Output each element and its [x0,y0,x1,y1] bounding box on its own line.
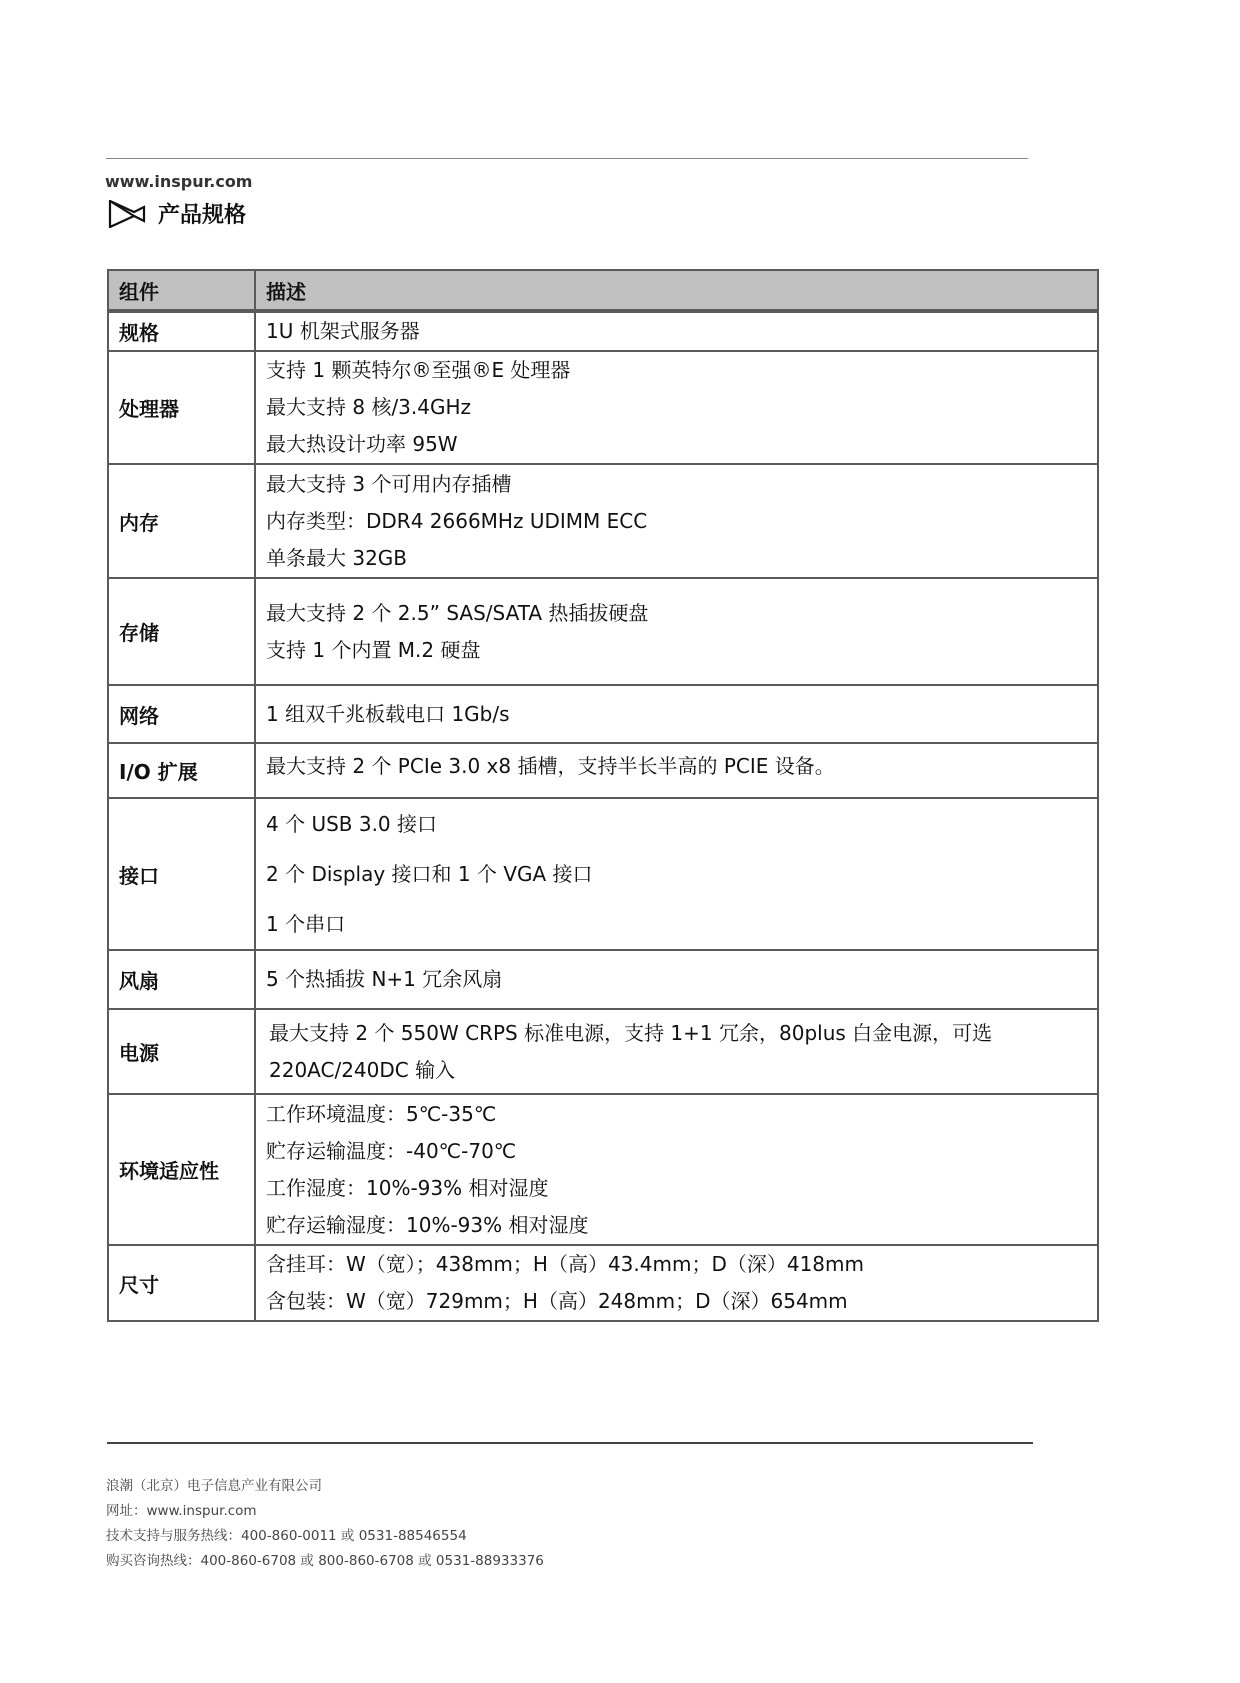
description-line: 4 个 USB 3.0 接口 [266,799,1097,849]
table-row: 存储 最大支持 2 个 2.5” SAS/SATA 热插拔硬盘 支持 1 个内置… [108,578,1098,685]
component-name: 电源 [108,1009,255,1094]
table-row: I/O 扩展 最大支持 2 个 PCIe 3.0 x8 插槽，支持半长半高的 P… [108,743,1098,798]
description-line: 工作湿度：10%-93% 相对湿度 [266,1170,1097,1207]
table-row: 网络 1 组双千兆板载电口 1Gb/s [108,685,1098,743]
description-line: 最大支持 2 个 PCIe 3.0 x8 插槽，支持半长半高的 PCIE 设备。 [266,748,1097,785]
component-description: 最大支持 2 个 PCIe 3.0 x8 插槽，支持半长半高的 PCIE 设备。 [255,743,1098,798]
footer-support-hotline: 技术支持与服务热线：400-860-0011 或 0531-88546554 [106,1524,544,1549]
table-row: 规格 1U 机架式服务器 [108,311,1098,351]
component-name: I/O 扩展 [108,743,255,798]
description-line: 含挂耳：W（宽）；438mm；H（高）43.4mm；D（深）418mm [266,1246,1097,1283]
component-description: 1 组双千兆板载电口 1Gb/s [255,685,1098,743]
description-line: 1U 机架式服务器 [266,313,1097,350]
description-line: 工作环境温度：5℃-35℃ [266,1096,1097,1133]
description-line: 1 个串口 [266,899,1097,949]
component-name: 风扇 [108,950,255,1009]
component-description: 最大支持 3 个可用内存插槽 内存类型：DDR4 2666MHz UDIMM E… [255,464,1098,578]
column-header-component: 组件 [108,270,255,311]
component-name: 存储 [108,578,255,685]
component-description: 最大支持 2 个 2.5” SAS/SATA 热插拔硬盘 支持 1 个内置 M.… [255,578,1098,685]
footer-divider [107,1442,1033,1444]
description-line: 含包装：W（宽）729mm；H（高）248mm；D（深）654mm [266,1283,1097,1320]
description-line: 最大支持 3 个可用内存插槽 [266,466,1097,503]
description-line: 贮存运输湿度：10%-93% 相对湿度 [266,1207,1097,1244]
table-header-row: 组件 描述 [108,270,1098,311]
component-description: 最大支持 2 个 550W CRPS 标准电源，支持 1+1 冗余，80plus… [255,1009,1098,1094]
component-name: 规格 [108,311,255,351]
inspur-bowtie-logo-icon [108,200,148,228]
component-description: 5 个热插拔 N+1 冗余风扇 [255,950,1098,1009]
description-line: 支持 1 个内置 M.2 硬盘 [266,632,1097,669]
description-line: 2 个 Display 接口和 1 个 VGA 接口 [266,849,1097,899]
description-line: 单条最大 32GB [266,540,1097,577]
spec-table: 组件 描述 规格 1U 机架式服务器 处理器 支持 1 颗英特尔®至强®E 处理… [107,269,1099,1322]
table-row: 内存 最大支持 3 个可用内存插槽 内存类型：DDR4 2666MHz UDIM… [108,464,1098,578]
description-line: 最大热设计功率 95W [266,426,1097,463]
section-header: 产品规格 [108,198,246,229]
section-title: 产品规格 [158,198,246,229]
top-divider [106,158,1028,159]
component-description: 支持 1 颗英特尔®至强®E 处理器 最大支持 8 核/3.4GHz 最大热设计… [255,351,1098,464]
component-name: 尺寸 [108,1245,255,1321]
footer-website: 网址：www.inspur.com [106,1499,544,1524]
component-name: 接口 [108,798,255,950]
footer-company: 浪潮（北京）电子信息产业有限公司 [106,1474,544,1499]
component-name: 环境适应性 [108,1094,255,1245]
component-name: 处理器 [108,351,255,464]
component-description: 含挂耳：W（宽）；438mm；H（高）43.4mm；D（深）418mm 含包装：… [255,1245,1098,1321]
description-line: 贮存运输温度：-40℃-70℃ [266,1133,1097,1170]
column-header-description: 描述 [255,270,1098,311]
component-description: 1U 机架式服务器 [255,311,1098,351]
component-name: 内存 [108,464,255,578]
table-row: 电源 最大支持 2 个 550W CRPS 标准电源，支持 1+1 冗余，80p… [108,1009,1098,1094]
description-line: 5 个热插拔 N+1 冗余风扇 [266,961,1097,998]
component-description: 4 个 USB 3.0 接口 2 个 Display 接口和 1 个 VGA 接… [255,798,1098,950]
description-line: 内存类型：DDR4 2666MHz UDIMM ECC [266,503,1097,540]
component-name: 网络 [108,685,255,743]
description-line: 1 组双千兆板载电口 1Gb/s [266,696,1097,733]
description-line: 最大支持 8 核/3.4GHz [266,389,1097,426]
table-row: 风扇 5 个热插拔 N+1 冗余风扇 [108,950,1098,1009]
footer: 浪潮（北京）电子信息产业有限公司 网址：www.inspur.com 技术支持与… [106,1474,544,1574]
table-row: 环境适应性 工作环境温度：5℃-35℃ 贮存运输温度：-40℃-70℃ 工作湿度… [108,1094,1098,1245]
table-row: 接口 4 个 USB 3.0 接口 2 个 Display 接口和 1 个 VG… [108,798,1098,950]
description-line: 最大支持 2 个 2.5” SAS/SATA 热插拔硬盘 [266,595,1097,632]
table-row: 尺寸 含挂耳：W（宽）；438mm；H（高）43.4mm；D（深）418mm 含… [108,1245,1098,1321]
table-row: 处理器 支持 1 颗英特尔®至强®E 处理器 最大支持 8 核/3.4GHz 最… [108,351,1098,464]
footer-sales-hotline: 购买咨询热线：400-860-6708 或 800-860-6708 或 053… [106,1549,544,1574]
component-description: 工作环境温度：5℃-35℃ 贮存运输温度：-40℃-70℃ 工作湿度：10%-9… [255,1094,1098,1245]
description-line: 最大支持 2 个 550W CRPS 标准电源，支持 1+1 冗余，80plus… [269,1015,1097,1089]
site-url: www.inspur.com [105,172,252,191]
description-line: 支持 1 颗英特尔®至强®E 处理器 [266,352,1097,389]
